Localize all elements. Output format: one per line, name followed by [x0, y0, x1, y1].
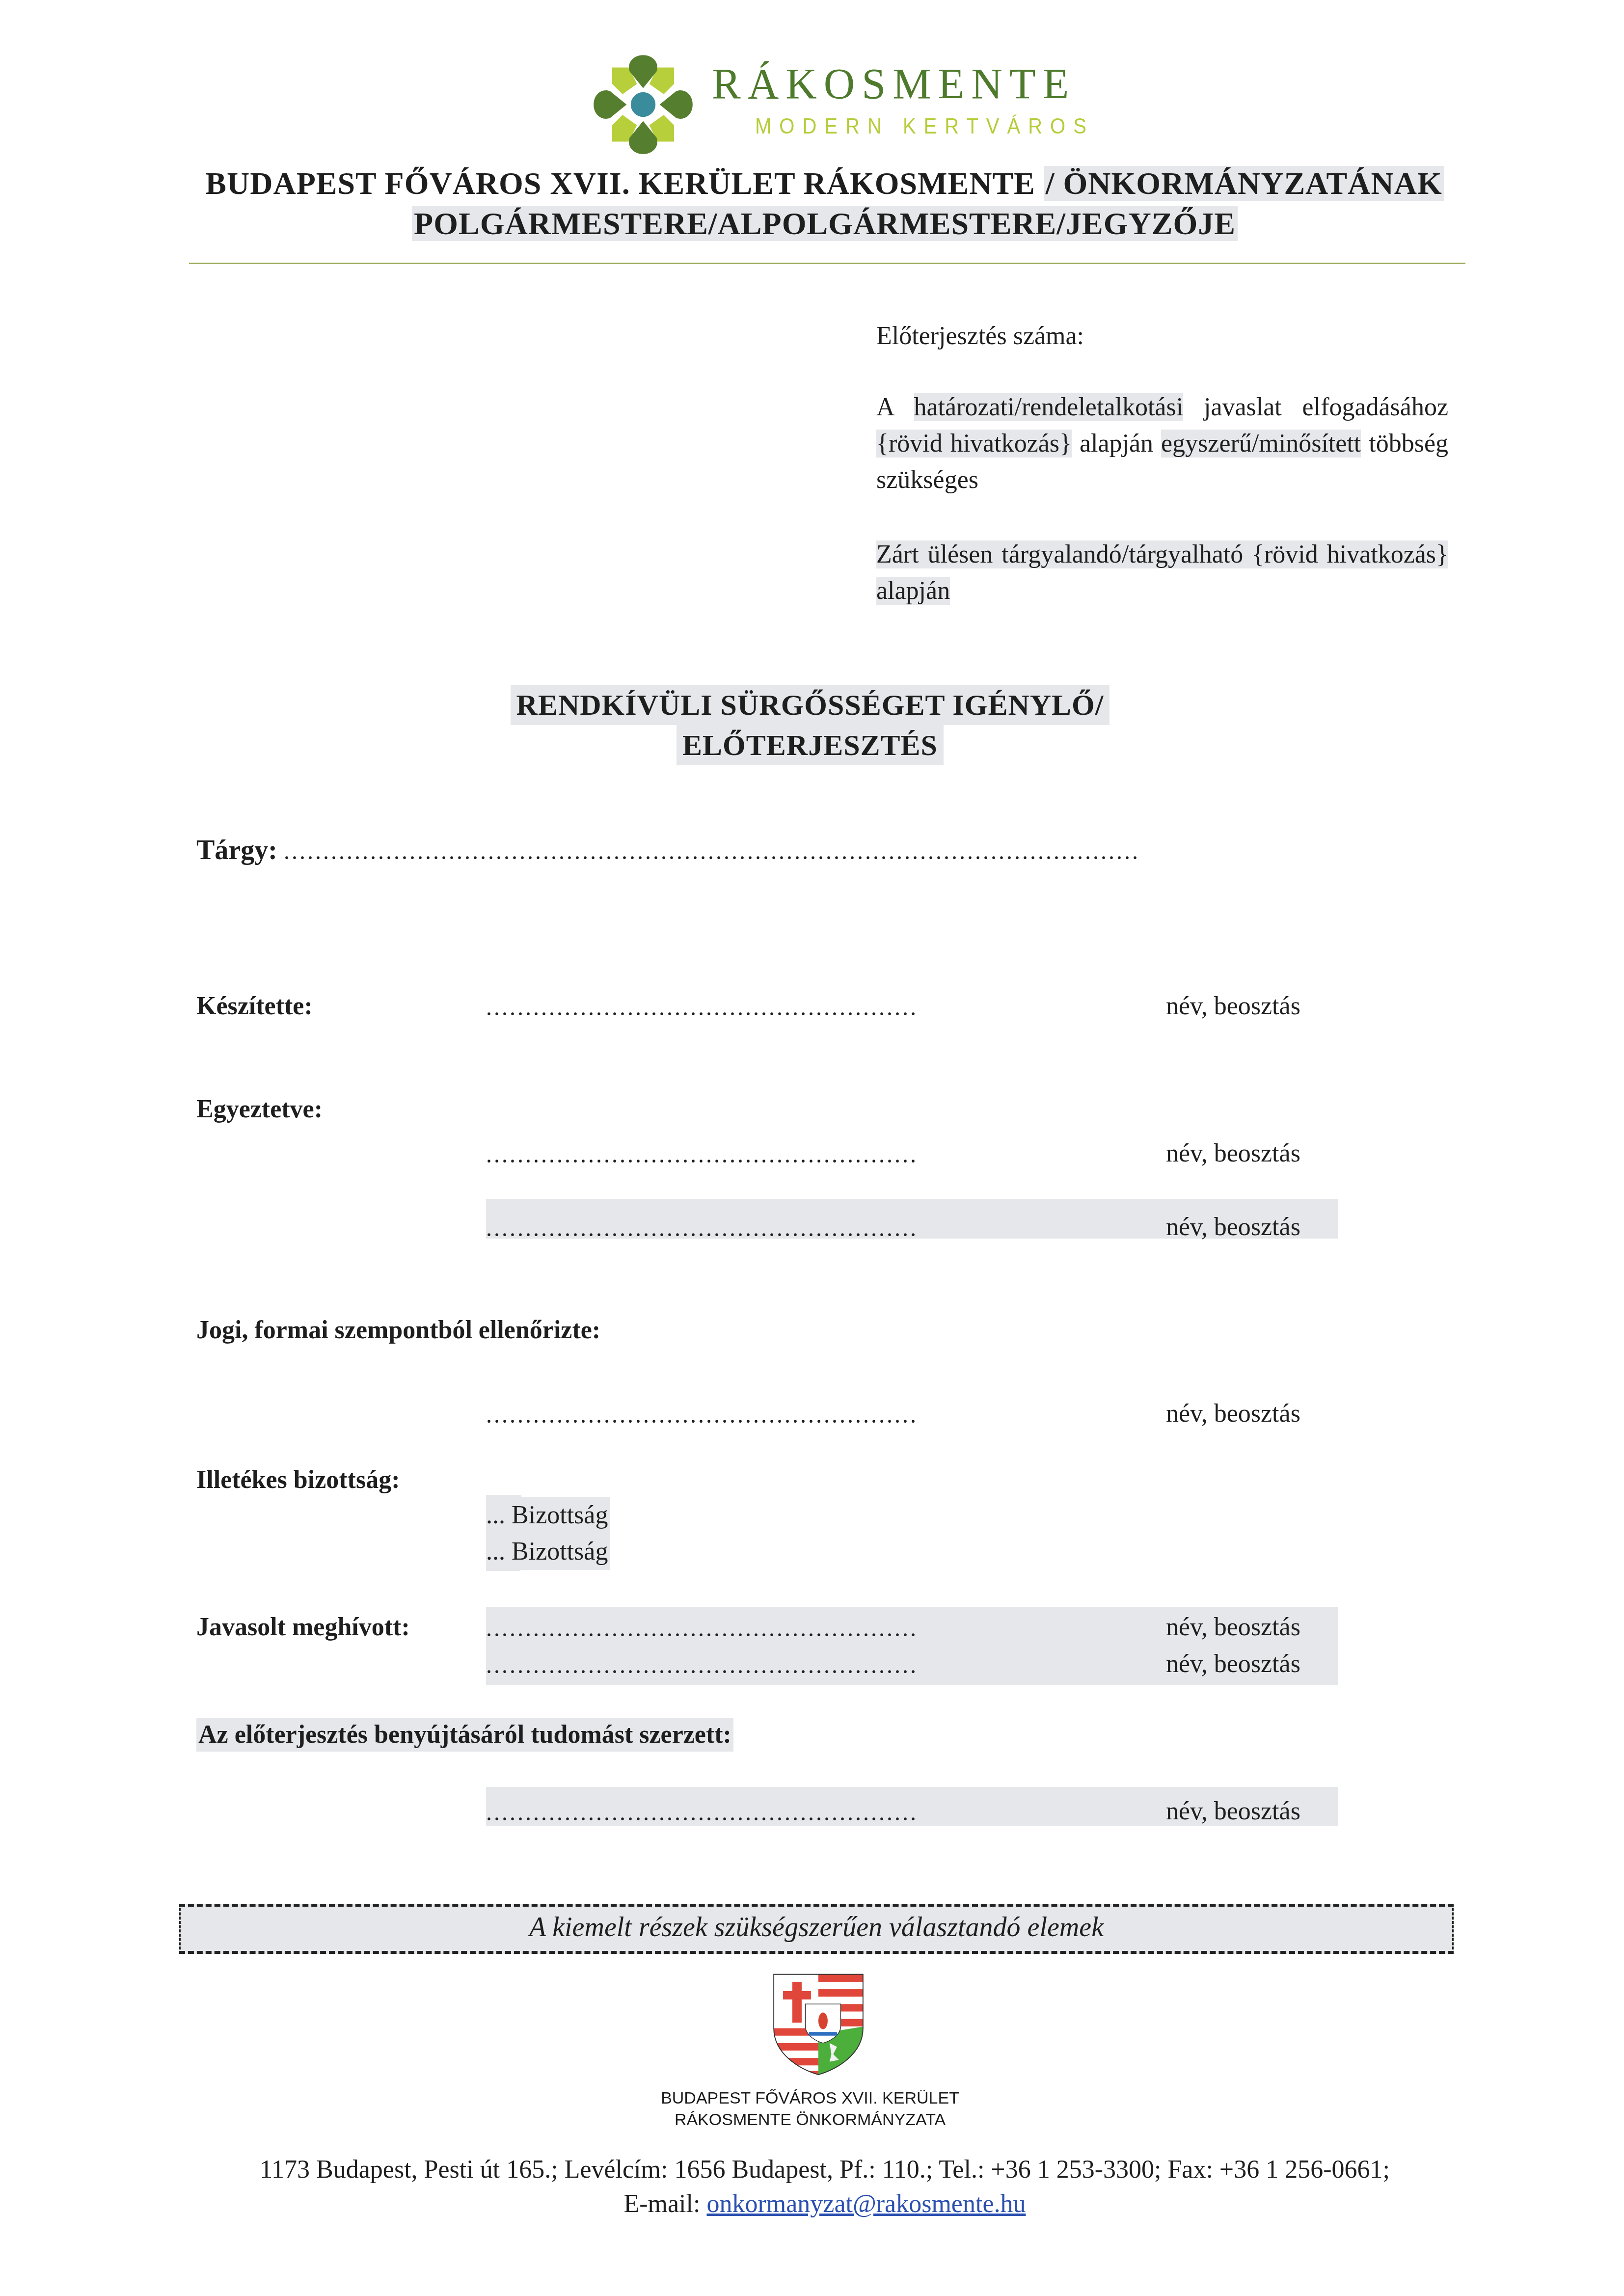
- coordinated-label: Egyeztetve:: [196, 1095, 323, 1124]
- committee-item: ... Bizottság: [486, 1497, 608, 1534]
- closed-session-note: Zárt ülésen tárgyalandó/tárgyalható {röv…: [876, 537, 1448, 609]
- majority-middle-1: javaslat elfogadásához: [1183, 393, 1448, 421]
- coordinated-field-1[interactable]: ........................................…: [486, 1140, 1110, 1170]
- brand-tagline: MODERN KERTVÁROS: [755, 116, 1094, 137]
- invited-role-1: név, beosztás: [1166, 1613, 1300, 1642]
- majority-requirement: A határozati/rendeletalkotási javaslat e…: [876, 389, 1448, 498]
- footer-organization: BUDAPEST FŐVÁROS XVII. KERÜLET RÁKOSMENT…: [491, 2087, 1129, 2131]
- office-title-plain: BUDAPEST FŐVÁROS XVII. KERÜLET RÁKOSMENT…: [205, 166, 1035, 201]
- coordinated-field-2[interactable]: ........................................…: [486, 1214, 1110, 1243]
- subject-field[interactable]: ........................................…: [284, 837, 1433, 866]
- header-divider: [189, 263, 1465, 264]
- invited-label: Javasolt meghívott:: [196, 1613, 410, 1642]
- note-text: A kiemelt részek szükségszerűen választa…: [181, 1912, 1452, 1943]
- prepared-by-label: Készítette:: [196, 992, 313, 1021]
- committee-item: ... Bizottság: [486, 1534, 608, 1570]
- coordinated-role-2: név, beosztás: [1166, 1213, 1300, 1242]
- selectable-elements-note: A kiemelt részek szükségszerűen választa…: [179, 1904, 1454, 1954]
- committee-list: ... Bizottság ... Bizottság: [486, 1497, 610, 1570]
- footer-org-line-1: BUDAPEST FŐVÁROS XVII. KERÜLET: [491, 2087, 1129, 2109]
- legal-check-role: név, beosztás: [1166, 1399, 1300, 1429]
- urgent-proposal-title: RENDKÍVÜLI SÜRGŐSSÉGET IGÉNYLŐ/ ELŐTERJE…: [442, 685, 1178, 765]
- brand-name: RÁKOSMENTE: [712, 63, 1076, 106]
- majority-kind-highlight: egyszerű/minősített: [1161, 430, 1361, 458]
- flower-logo-icon: [592, 53, 695, 156]
- prepared-by-role: név, beosztás: [1166, 992, 1300, 1021]
- legal-check-label: Jogi, formai szempontból ellenőrizte:: [196, 1316, 600, 1345]
- office-title-highlight-1: / ÖNKORMÁNYZATÁNAK: [1044, 166, 1444, 201]
- notified-label: Az előterjesztés benyújtásáról tudomást …: [196, 1718, 733, 1752]
- coat-of-arms-icon: [772, 1972, 865, 2077]
- majority-reference-highlight: {rövid hivatkozás}: [876, 430, 1072, 458]
- coordinated-role-1: név, beosztás: [1166, 1139, 1300, 1168]
- urgent-title-line-2: ELŐTERJESZTÉS: [677, 725, 944, 765]
- committee-label: Illetékes bizottság:: [196, 1465, 400, 1495]
- office-title-highlight-2: POLGÁRMESTERE/ALPOLGÁRMESTERE/JEGYZŐJE: [412, 206, 1238, 241]
- email-label: E-mail:: [624, 2190, 707, 2218]
- proposal-number-label: Előterjesztés száma:: [876, 318, 1084, 354]
- footer-address: 1173 Budapest, Pesti út 165.; Levélcím: …: [187, 2153, 1463, 2187]
- closed-session-highlight: Zárt ülésen tárgyalandó/tárgyalható {röv…: [876, 540, 1448, 605]
- notified-role: név, beosztás: [1166, 1797, 1300, 1826]
- email-link[interactable]: onkormanyzat@rakosmente.hu: [706, 2190, 1026, 2218]
- office-title: BUDAPEST FŐVÁROS XVII. KERÜLET RÁKOSMENT…: [187, 163, 1463, 244]
- office-title-line-1: BUDAPEST FŐVÁROS XVII. KERÜLET RÁKOSMENT…: [187, 163, 1463, 204]
- office-title-line-2: POLGÁRMESTERE/ALPOLGÁRMESTERE/JEGYZŐJE: [187, 204, 1463, 244]
- invited-field-2[interactable]: ........................................…: [486, 1651, 1110, 1680]
- prepared-by-field[interactable]: ........................................…: [486, 993, 1110, 1023]
- notified-field[interactable]: ........................................…: [486, 1798, 1110, 1828]
- majority-prefix: A: [876, 393, 914, 421]
- invited-role-2: név, beosztás: [1166, 1649, 1300, 1679]
- legal-check-field[interactable]: ........................................…: [486, 1401, 1110, 1430]
- footer-email-line: E-mail: onkormanyzat@rakosmente.hu: [187, 2187, 1463, 2221]
- invited-field-1[interactable]: ........................................…: [486, 1614, 1110, 1644]
- footer-org-line-2: RÁKOSMENTE ÖNKORMÁNYZATA: [491, 2109, 1129, 2131]
- majority-type-highlight: határozati/rendeletalkotási: [914, 393, 1184, 421]
- subject-label: Tárgy:: [196, 836, 277, 865]
- urgent-title-line-1: RENDKÍVÜLI SÜRGŐSSÉGET IGÉNYLŐ/: [511, 685, 1110, 725]
- majority-middle-2: alapján: [1072, 430, 1161, 458]
